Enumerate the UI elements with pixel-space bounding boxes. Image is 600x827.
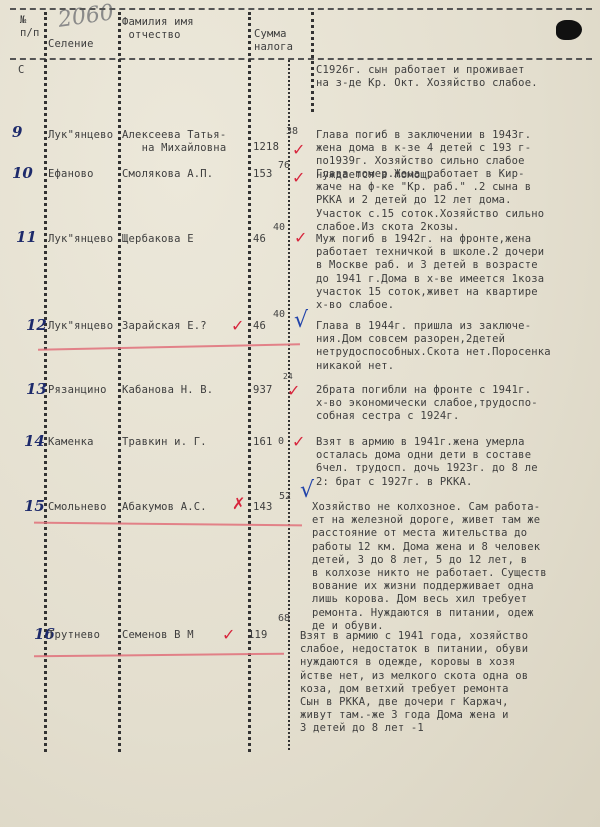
row-9-name: Алексеева Татья- на Михайловна bbox=[122, 129, 226, 155]
row-11-tax: 46 bbox=[253, 233, 266, 246]
row-11-kopecks: 40 bbox=[273, 222, 285, 233]
row-9-red-check: ✓ bbox=[292, 140, 305, 159]
header-col-name: Фамилия имя отчество bbox=[122, 16, 194, 42]
column-separator bbox=[118, 12, 121, 752]
row-14-name: Травкин и. Г. bbox=[122, 436, 207, 449]
header-col-number: № п/п bbox=[20, 14, 40, 40]
row-13-tax: 937 bbox=[253, 384, 273, 397]
row-15-number: 15 bbox=[24, 497, 45, 515]
row-12-note: Глава в 1944г. пришла из заключе- ния.До… bbox=[316, 320, 551, 373]
row-13-number: 13 bbox=[26, 380, 47, 398]
row-9-number: 9 bbox=[12, 123, 22, 141]
row-13-village: Рязанцино bbox=[48, 384, 107, 397]
row-16-red-check: ✓ bbox=[222, 625, 235, 644]
row-9-village: Лук"янцево bbox=[48, 129, 118, 142]
row-16-note: Взят в армию с 1941 года, хозяйство слаб… bbox=[300, 630, 528, 736]
row-10-name: Смолякова А.П. bbox=[122, 168, 213, 181]
row-9-tax: 1218 bbox=[253, 141, 279, 154]
row-14-note: Взят в армию в 1941г.жена умерла осталас… bbox=[316, 436, 538, 489]
row-14-number: 14 bbox=[24, 432, 45, 450]
row-15-tax: 143 bbox=[253, 501, 273, 514]
row-15-village: Смольнево bbox=[48, 501, 107, 514]
row-12-village: Лук"янцево bbox=[48, 320, 118, 333]
row-15-kopecks: 52 bbox=[279, 491, 291, 502]
row-15-note: Хозяйство не колхозное. Сам работа- ет н… bbox=[312, 501, 547, 633]
row-10-red-check: ✓ bbox=[292, 168, 305, 187]
row-10-village: Ефаново bbox=[48, 168, 94, 181]
row-11-number: 11 bbox=[16, 228, 37, 246]
row-10-note: Глава помер.Жена работает в Кир- жаче на… bbox=[316, 168, 544, 234]
row-16-kopecks: 68 bbox=[278, 613, 290, 624]
header-bottom-rule bbox=[10, 58, 592, 60]
row-12-tax: 46 bbox=[253, 320, 266, 333]
row-12-number: 12 bbox=[26, 316, 47, 334]
row-12-blue-check: √ bbox=[294, 308, 308, 333]
row-14-red-check: ✓ bbox=[292, 432, 305, 451]
row-9-kopecks: 38 bbox=[286, 126, 298, 137]
row-13-kopecks: 24 bbox=[283, 372, 293, 381]
row-14-village: Каменка bbox=[48, 436, 94, 449]
row-15-blue-check: √ bbox=[300, 478, 314, 503]
row-15-name: Абакумов А.С. bbox=[122, 501, 207, 514]
continuation-mark: С bbox=[18, 64, 25, 77]
row-11-red-check: ✓ bbox=[294, 228, 307, 247]
row-11-village: Лук"янцево bbox=[48, 233, 118, 246]
row-13-name: Кабанова Н. В. bbox=[122, 384, 213, 397]
row-12-name: Зарайская Е.? bbox=[122, 320, 207, 333]
column-separator bbox=[311, 12, 314, 112]
row-13-red-check: ✓ bbox=[287, 381, 300, 400]
row-14-kopecks: 0 bbox=[278, 436, 284, 447]
row-11-note: Муж погиб в 1942г. на фронте,жена работа… bbox=[316, 233, 544, 312]
row-16-name: Семенов В М bbox=[122, 629, 194, 642]
header-col-tax: Сумма налога bbox=[254, 28, 293, 54]
row-11-name: Щербакова Е bbox=[122, 233, 194, 246]
row-15-red-x: ✗ bbox=[232, 494, 245, 513]
header-col-village: Селение bbox=[48, 38, 94, 51]
row-12-red-check: ✓ bbox=[231, 316, 244, 335]
row-16-village: Трутнево bbox=[48, 629, 100, 642]
row-10-tax: 153 bbox=[253, 168, 273, 181]
row-12-kopecks: 40 bbox=[273, 309, 285, 320]
row-10-number: 10 bbox=[12, 164, 33, 182]
header-top-rule bbox=[10, 8, 592, 10]
row-14-tax: 161 bbox=[253, 436, 273, 449]
row-16-tax: 119 bbox=[248, 629, 268, 642]
row-10-kopecks: 76 bbox=[278, 160, 290, 171]
continuation-note: С1926г. сын работает и проживает на з-де… bbox=[316, 64, 538, 90]
row-13-note: 2брата погибли на фронте с 1941г. х-во э… bbox=[316, 384, 538, 424]
